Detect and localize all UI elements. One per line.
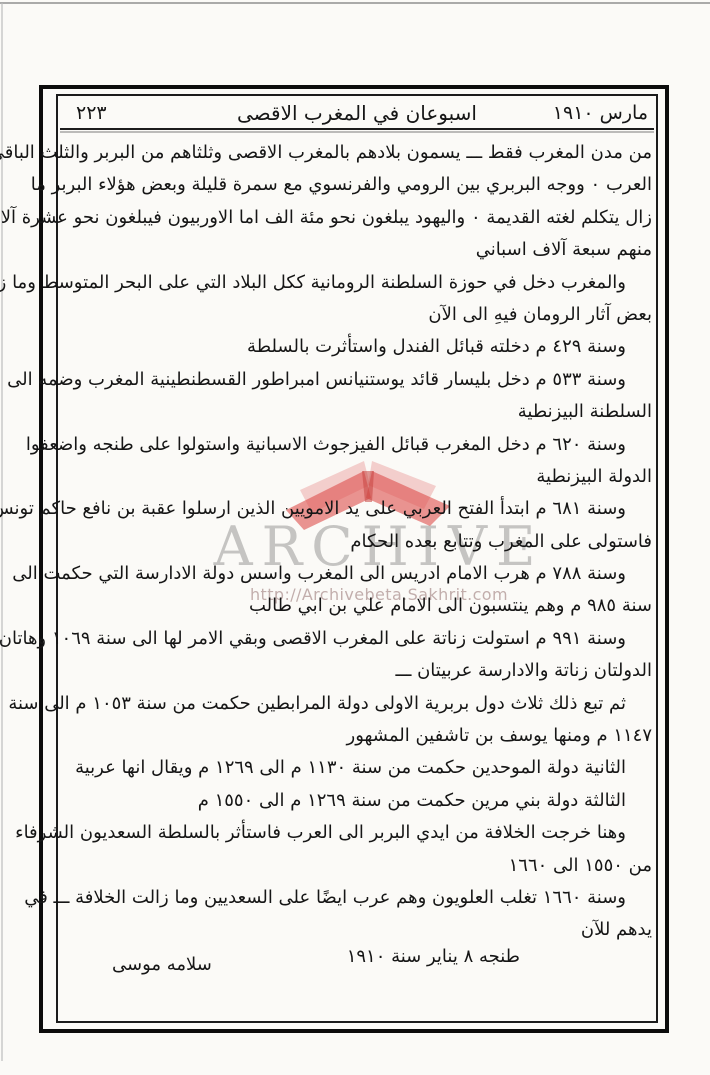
- body-line: السلطنة البيزنطية: [58, 396, 652, 428]
- body-line: والمغرب دخل في حوزة السلطنة الرومانية كك…: [58, 267, 652, 299]
- scan-edge-top: [0, 2, 710, 4]
- body-line: ١١٤٧ م ومنها يوسف بن تاشفين المشهور: [58, 720, 652, 752]
- body-line: الدولة البيزنطية: [58, 461, 652, 493]
- article-body: من مدن المغرب فقط ـــ يسمون بلادهم بالمغ…: [58, 137, 652, 947]
- body-line: فاستولى على المغرب وتتابع بعده الحكام: [58, 526, 652, 558]
- header-divider: [60, 128, 654, 130]
- header-issue-date: مارس ١٩١٠: [522, 102, 652, 124]
- body-line: وسنة ٦٢٠ م دخل المغرب قبائل الفيزجوث الا…: [58, 429, 652, 461]
- page-title: اسبوعان في المغرب الاقصى: [192, 101, 522, 125]
- body-line: الثانية دولة الموحدين حكمت من سنة ١١٣٠ م…: [58, 752, 652, 784]
- page-header: مارس ١٩١٠ اسبوعان في المغرب الاقصى ٢٢٣: [62, 99, 652, 127]
- header-page-number: ٢٢٣: [62, 102, 192, 124]
- body-line: يدهم للآن: [58, 914, 652, 946]
- body-line: وسنة ٥٣٣ م دخل بليسار قائد يوستنيانس امب…: [58, 364, 652, 396]
- body-line: بعض آثار الرومان فيهِ الى الآن: [58, 299, 652, 331]
- body-line: العرب ٠ ووجه البربري بين الرومي والفرنسو…: [58, 169, 652, 201]
- body-line: زال يتكلم لغته القديمة ٠ واليهود يبلغون …: [58, 202, 652, 234]
- body-line: من ١٥٥٠ الى ١٦٦٠: [58, 850, 652, 882]
- scanned-document-page: ARCHIVE http://Archivebeta.Sakhrit.com م…: [0, 0, 710, 1075]
- body-line: من مدن المغرب فقط ـــ يسمون بلادهم بالمغ…: [58, 137, 652, 169]
- body-line: وسنة ٤٢٩ م دخلته قبائل الفندل واستأثرت ب…: [58, 331, 652, 363]
- body-line: وسنة ٦٨١ م ابتدأ الفتح العربي على يد الا…: [58, 493, 652, 525]
- body-line: الدولتان زناتة والادارسة عربيتان ـــ: [58, 655, 652, 687]
- article-dateline: طنجه ٨ يناير سنة ١٩١٠: [347, 946, 520, 967]
- author-signature: سلامه موسى: [112, 954, 212, 975]
- body-line: وسنة ١٦٦٠ تغلب العلويون وهم عرب ايضًا عل…: [58, 882, 652, 914]
- body-line: وسنة ٩٩١ م استولت زناتة على المغرب الاقص…: [58, 623, 652, 655]
- body-line: وهنا خرجت الخلافة من ايدي البربر الى الع…: [58, 817, 652, 849]
- body-line: منهم سبعة آلاف اسباني: [58, 234, 652, 266]
- body-line: ثم تبع ذلك ثلاث دول بربرية الاولى دولة ا…: [58, 688, 652, 720]
- body-line: وسنة ٧٨٨ م هرب الامام ادريس الى المغرب و…: [58, 558, 652, 590]
- body-line: الثالثة دولة بني مرين حكمت من سنة ١٢٦٩ م…: [58, 785, 652, 817]
- body-line: سنة ٩٨٥ م وهم ينتسبون الى الامام علي بن …: [58, 590, 652, 622]
